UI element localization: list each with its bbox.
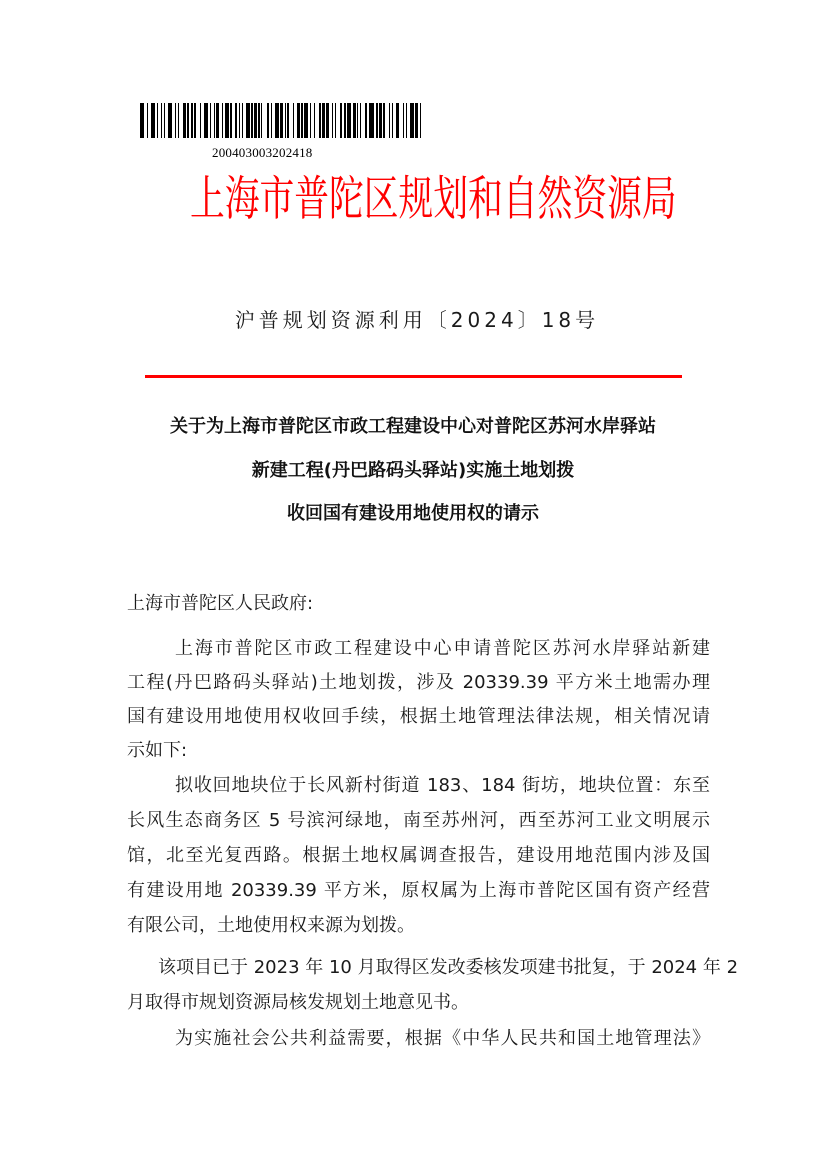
body-line: 为实施社会公共利益需要，根据《中华人民共和国土地管理法》	[175, 1024, 710, 1050]
red-divider-line	[145, 375, 682, 378]
addressee: 上海市普陀区人民政府:	[127, 589, 313, 615]
body-line: 拟收回地块位于长风新村街道 183、184 街坊，地块位置：东至	[175, 771, 710, 797]
barcode	[140, 103, 423, 138]
document-number: 沪普规划资源利用〔2024〕18号	[0, 304, 826, 333]
body-line: 月取得市规划资源局核发规划土地意见书。	[127, 988, 469, 1014]
barcode-number: 200403003202418	[212, 145, 313, 161]
subject-line-3: 收回国有建设用地使用权的请示	[0, 499, 826, 525]
body-line: 示如下:	[127, 736, 187, 762]
subject-line-2: 新建工程(丹巴路码头驿站)实施土地划拨	[0, 456, 826, 482]
body-line: 长风生态商务区 5 号滨河绿地，南至苏州河，西至苏河工业文明展示	[127, 806, 710, 832]
body-line: 国有建设用地使用权收回手续，根据土地管理法律法规，相关情况请	[127, 702, 710, 728]
body-line: 有限公司，土地使用权来源为划拨。	[127, 911, 415, 937]
agency-title: 上海市普陀区规划和自然资源局	[190, 170, 636, 230]
barcode-space	[421, 103, 422, 138]
subject-line-1: 关于为上海市普陀区市政工程建设中心对普陀区苏河水岸驿站	[0, 412, 826, 438]
body-line: 馆，北至光复西路。根据土地权属调查报告，建设用地范围内涉及国	[127, 841, 710, 867]
body-line: 上海市普陀区市政工程建设中心申请普陀区苏河水岸驿站新建	[175, 634, 710, 660]
body-line: 该项目已于 2023 年 10 月取得区发改委核发项建书批复，于 2024 年 …	[158, 953, 710, 979]
agency-name: 上海市普陀区规划和自然资源局	[190, 168, 677, 233]
body-line: 有建设用地 20339.39 平方米，原权属为上海市普陀区国有资产经营	[127, 876, 710, 902]
body-line: 工程(丹巴路码头驿站)土地划拨，涉及 20339.39 平方米土地需办理	[127, 668, 710, 694]
